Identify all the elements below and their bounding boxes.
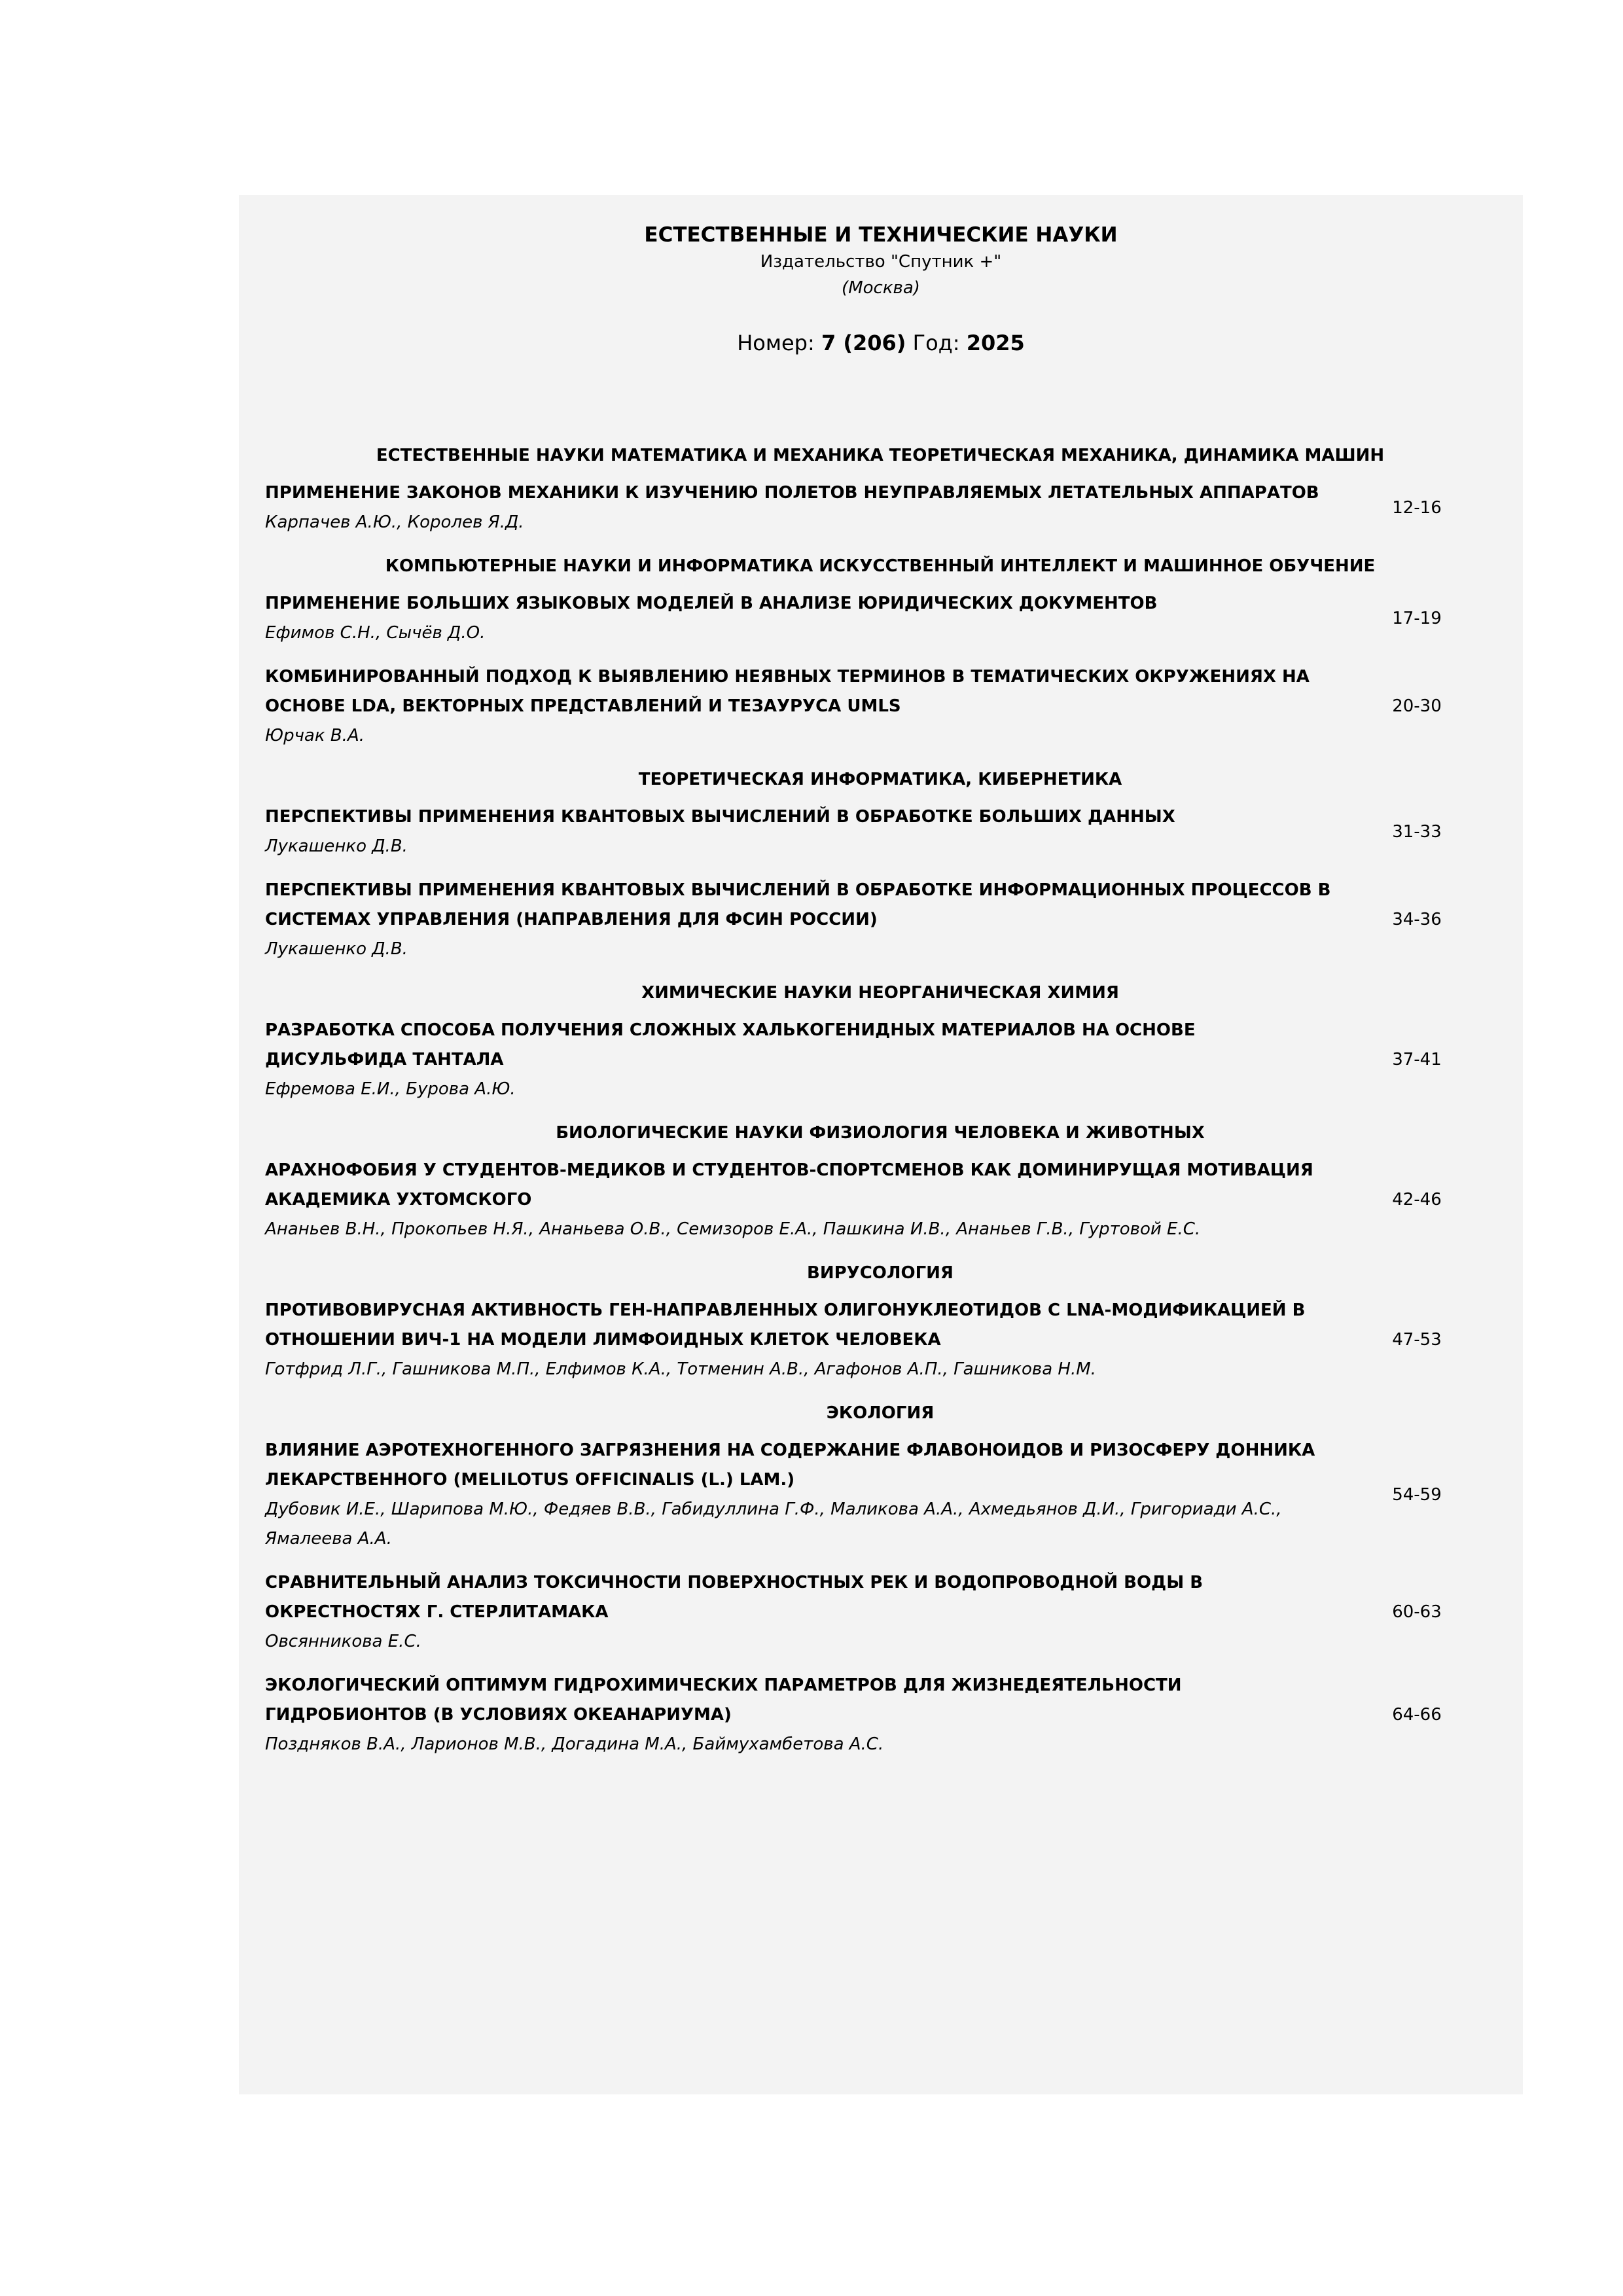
article-title[interactable]: ПРИМЕНЕНИЕ ЗАКОНОВ МЕХАНИКИ К ИЗУЧЕНИЮ П…	[265, 478, 1338, 508]
article-pages: 12-16	[1338, 493, 1495, 523]
article-text: ПРИМЕНЕНИЕ ЗАКОНОВ МЕХАНИКИ К ИЗУЧЕНИЮ П…	[265, 478, 1338, 537]
section-heading: ЕСТЕСТВЕННЫЕ НАУКИ МАТЕМАТИКА И МЕХАНИКА…	[265, 441, 1495, 471]
article-pages: 47-53	[1338, 1325, 1495, 1355]
article-entry[interactable]: ПРИМЕНЕНИЕ БОЛЬШИХ ЯЗЫКОВЫХ МОДЕЛЕЙ В АН…	[265, 589, 1495, 648]
article-text: АРАХНОФОБИЯ У СТУДЕНТОВ-МЕДИКОВ И СТУДЕН…	[265, 1156, 1338, 1244]
article-title[interactable]: АРАХНОФОБИЯ У СТУДЕНТОВ-МЕДИКОВ И СТУДЕН…	[265, 1156, 1338, 1215]
article-text: ЭКОЛОГИЧЕСКИЙ ОПТИМУМ ГИДРОХИМИЧЕСКИХ ПА…	[265, 1671, 1338, 1759]
article-pages: 17-19	[1338, 604, 1495, 634]
article-text: ВЛИЯНИЕ АЭРОТЕХНОГЕННОГО ЗАГРЯЗНЕНИЯ НА …	[265, 1436, 1338, 1554]
table-of-contents-panel: ЕСТЕСТВЕННЫЕ И ТЕХНИЧЕСКИЕ НАУКИ Издател…	[239, 195, 1523, 2094]
issue-info: Номер: 7 (206) Год: 2025	[239, 329, 1523, 357]
article-authors: Карпачев А.Ю., Королев Я.Д.	[265, 508, 1338, 537]
article-text: СРАВНИТЕЛЬНЫЙ АНАЛИЗ ТОКСИЧНОСТИ ПОВЕРХН…	[265, 1568, 1338, 1657]
article-pages: 31-33	[1338, 817, 1495, 847]
article-pages: 34-36	[1338, 905, 1495, 935]
article-entry[interactable]: ПРОТИВОВИРУСНАЯ АКТИВНОСТЬ ГЕН-НАПРАВЛЕН…	[265, 1296, 1495, 1384]
section-heading: ХИМИЧЕСКИЕ НАУКИ НЕОРГАНИЧЕСКАЯ ХИМИЯ	[265, 978, 1495, 1008]
publisher-city: (Москва)	[239, 275, 1523, 301]
article-text: ПЕРСПЕКТИВЫ ПРИМЕНЕНИЯ КВАНТОВЫХ ВЫЧИСЛЕ…	[265, 876, 1338, 964]
article-authors: Ефимов С.Н., Сычёв Д.О.	[265, 619, 1338, 648]
article-authors: Поздняков В.А., Ларионов М.В., Догадина …	[265, 1730, 1338, 1759]
article-authors: Готфрид Л.Г., Гашникова М.П., Елфимов К.…	[265, 1355, 1338, 1384]
toc-list: ЕСТЕСТВЕННЫЕ НАУКИ МАТЕМАТИКА И МЕХАНИКА…	[265, 435, 1495, 1774]
article-title[interactable]: ПЕРСПЕКТИВЫ ПРИМЕНЕНИЯ КВАНТОВЫХ ВЫЧИСЛЕ…	[265, 876, 1338, 935]
article-title[interactable]: СРАВНИТЕЛЬНЫЙ АНАЛИЗ ТОКСИЧНОСТИ ПОВЕРХН…	[265, 1568, 1338, 1627]
article-text: ПРОТИВОВИРУСНАЯ АКТИВНОСТЬ ГЕН-НАПРАВЛЕН…	[265, 1296, 1338, 1384]
article-pages: 60-63	[1338, 1598, 1495, 1627]
article-authors: Лукашенко Д.В.	[265, 935, 1338, 964]
article-pages: 64-66	[1338, 1700, 1495, 1730]
article-text: КОМБИНИРОВАННЫЙ ПОДХОД К ВЫЯВЛЕНИЮ НЕЯВН…	[265, 662, 1338, 751]
article-title[interactable]: ПРИМЕНЕНИЕ БОЛЬШИХ ЯЗЫКОВЫХ МОДЕЛЕЙ В АН…	[265, 589, 1338, 619]
article-entry[interactable]: ПЕРСПЕКТИВЫ ПРИМЕНЕНИЯ КВАНТОВЫХ ВЫЧИСЛЕ…	[265, 876, 1495, 964]
article-authors: Дубовик И.Е., Шарипова М.Ю., Федяев В.В.…	[265, 1495, 1338, 1554]
article-entry[interactable]: КОМБИНИРОВАННЫЙ ПОДХОД К ВЫЯВЛЕНИЮ НЕЯВН…	[265, 662, 1495, 751]
article-entry[interactable]: СРАВНИТЕЛЬНЫЙ АНАЛИЗ ТОКСИЧНОСТИ ПОВЕРХН…	[265, 1568, 1495, 1657]
article-title[interactable]: ПРОТИВОВИРУСНАЯ АКТИВНОСТЬ ГЕН-НАПРАВЛЕН…	[265, 1296, 1338, 1355]
article-title[interactable]: ВЛИЯНИЕ АЭРОТЕХНОГЕННОГО ЗАГРЯЗНЕНИЯ НА …	[265, 1436, 1338, 1495]
article-text: ПЕРСПЕКТИВЫ ПРИМЕНЕНИЯ КВАНТОВЫХ ВЫЧИСЛЕ…	[265, 802, 1338, 861]
issue-label: Номер:	[737, 331, 815, 355]
section-heading: БИОЛОГИЧЕСКИЕ НАУКИ ФИЗИОЛОГИЯ ЧЕЛОВЕКА …	[265, 1119, 1495, 1148]
journal-header: ЕСТЕСТВЕННЫЕ И ТЕХНИЧЕСКИЕ НАУКИ Издател…	[239, 221, 1523, 357]
article-authors: Юрчак В.А.	[265, 721, 1338, 751]
article-authors: Ананьев В.Н., Прокопьев Н.Я., Ананьева О…	[265, 1215, 1338, 1244]
section-heading: ЭКОЛОГИЯ	[265, 1399, 1495, 1428]
section-heading: КОМПЬЮТЕРНЫЕ НАУКИ И ИНФОРМАТИКА ИСКУССТ…	[265, 552, 1495, 581]
article-entry[interactable]: РАЗРАБОТКА СПОСОБА ПОЛУЧЕНИЯ СЛОЖНЫХ ХАЛ…	[265, 1016, 1495, 1104]
article-pages: 37-41	[1338, 1045, 1495, 1075]
article-entry[interactable]: ЭКОЛОГИЧЕСКИЙ ОПТИМУМ ГИДРОХИМИЧЕСКИХ ПА…	[265, 1671, 1495, 1759]
article-title[interactable]: КОМБИНИРОВАННЫЙ ПОДХОД К ВЫЯВЛЕНИЮ НЕЯВН…	[265, 662, 1338, 721]
article-entry[interactable]: ПЕРСПЕКТИВЫ ПРИМЕНЕНИЯ КВАНТОВЫХ ВЫЧИСЛЕ…	[265, 802, 1495, 861]
article-authors: Овсянникова Е.С.	[265, 1627, 1338, 1657]
article-title[interactable]: РАЗРАБОТКА СПОСОБА ПОЛУЧЕНИЯ СЛОЖНЫХ ХАЛ…	[265, 1016, 1338, 1075]
article-text: ПРИМЕНЕНИЕ БОЛЬШИХ ЯЗЫКОВЫХ МОДЕЛЕЙ В АН…	[265, 589, 1338, 648]
article-authors: Лукашенко Д.В.	[265, 832, 1338, 861]
article-text: РАЗРАБОТКА СПОСОБА ПОЛУЧЕНИЯ СЛОЖНЫХ ХАЛ…	[265, 1016, 1338, 1104]
article-entry[interactable]: ВЛИЯНИЕ АЭРОТЕХНОГЕННОГО ЗАГРЯЗНЕНИЯ НА …	[265, 1436, 1495, 1554]
issue-number: 7 (206)	[821, 331, 906, 355]
article-pages: 42-46	[1338, 1185, 1495, 1215]
article-entry[interactable]: ПРИМЕНЕНИЕ ЗАКОНОВ МЕХАНИКИ К ИЗУЧЕНИЮ П…	[265, 478, 1495, 537]
article-title[interactable]: ЭКОЛОГИЧЕСКИЙ ОПТИМУМ ГИДРОХИМИЧЕСКИХ ПА…	[265, 1671, 1338, 1730]
article-title[interactable]: ПЕРСПЕКТИВЫ ПРИМЕНЕНИЯ КВАНТОВЫХ ВЫЧИСЛЕ…	[265, 802, 1338, 832]
article-pages: 20-30	[1338, 692, 1495, 721]
year-label: Год:	[913, 331, 960, 355]
year-value: 2025	[967, 331, 1025, 355]
journal-title: ЕСТЕСТВЕННЫЕ И ТЕХНИЧЕСКИЕ НАУКИ	[239, 221, 1523, 249]
publisher: Издательство "Спутник +"	[239, 249, 1523, 275]
section-heading: ВИРУСОЛОГИЯ	[265, 1259, 1495, 1288]
article-entry[interactable]: АРАХНОФОБИЯ У СТУДЕНТОВ-МЕДИКОВ И СТУДЕН…	[265, 1156, 1495, 1244]
section-heading: ТЕОРЕТИЧЕСКАЯ ИНФОРМАТИКА, КИБЕРНЕТИКА	[265, 765, 1495, 795]
article-pages: 54-59	[1338, 1480, 1495, 1510]
article-authors: Ефремова Е.И., Бурова А.Ю.	[265, 1075, 1338, 1104]
